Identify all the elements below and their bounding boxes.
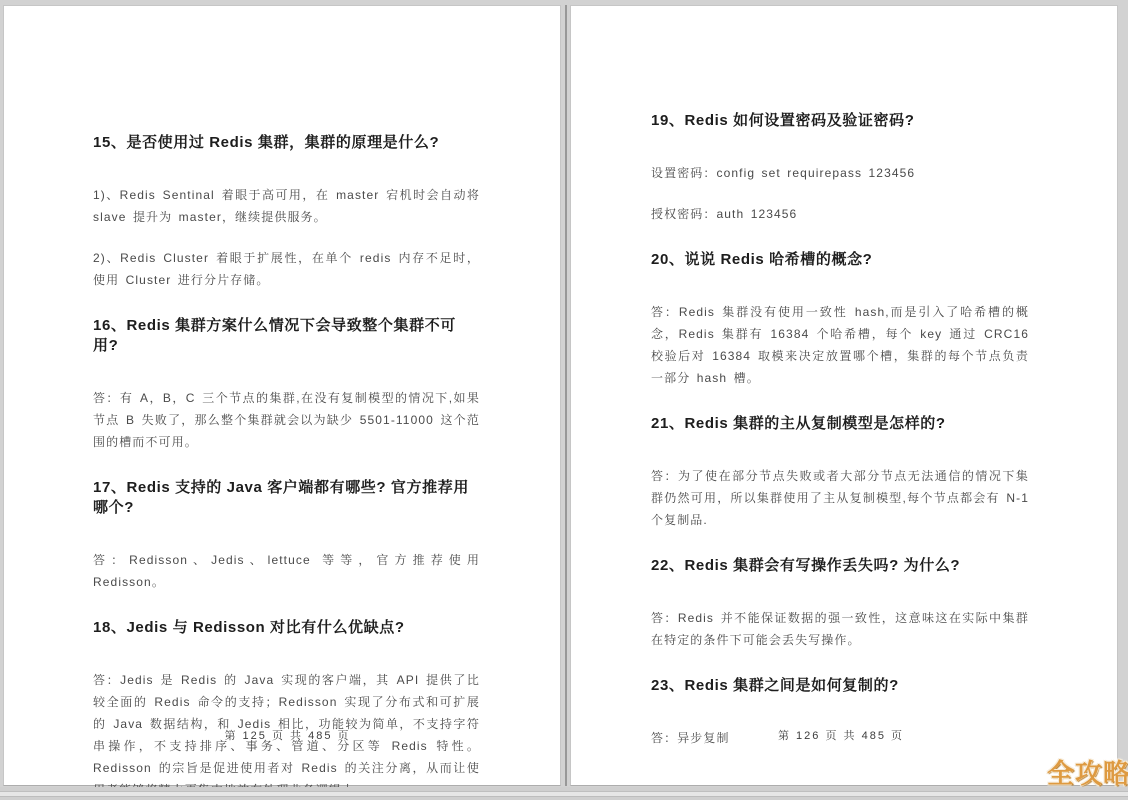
question-heading: 17、Redis 支持的 Java 客户端都有哪些? 官方推荐用哪个? <box>93 478 480 518</box>
page-gap-divider <box>565 5 567 786</box>
page-number-footer: 第 126 页 共 485 页 <box>651 727 1031 743</box>
question-heading: 19、Redis 如何设置密码及验证密码? <box>651 111 1029 131</box>
question-section-18: 18、Jedis 与 Redisson 对比有什么优缺点? 答：Jedis 是 … <box>93 618 480 800</box>
answer-paragraph: 答：Redis 并不能保证数据的强一致性，这意味这在实际中集群在特定的条件下可能… <box>651 607 1029 651</box>
question-section-15: 15、是否使用过 Redis 集群，集群的原理是什么? 1)、Redis Sen… <box>93 133 480 291</box>
answer-paragraph: 设置密码：config set requirepass 123456 <box>651 162 1029 184</box>
question-heading: 22、Redis 集群会有写操作丢失吗? 为什么? <box>651 556 1029 576</box>
answer-paragraph: 答：Redis 集群没有使用一致性 hash,而是引入了哈希槽的概念，Redis… <box>651 301 1029 389</box>
answer-paragraph: 2)、Redis Cluster 着眼于扩展性，在单个 redis 内存不足时，… <box>93 247 480 291</box>
document-spread: 15、是否使用过 Redis 集群，集群的原理是什么? 1)、Redis Sen… <box>0 0 1128 800</box>
bottom-scrollbar-track <box>0 791 1128 797</box>
page-content-right: 19、Redis 如何设置密码及验证密码? 设置密码：config set re… <box>571 6 1117 785</box>
answer-paragraph: 答：有 A，B，C 三个节点的集群,在没有复制模型的情况下,如果节点 B 失败了… <box>93 387 480 453</box>
answer-paragraph: 授权密码：auth 123456 <box>651 203 1029 225</box>
question-section-19: 19、Redis 如何设置密码及验证密码? 设置密码：config set re… <box>651 111 1029 225</box>
question-heading: 15、是否使用过 Redis 集群，集群的原理是什么? <box>93 133 480 153</box>
question-heading: 18、Jedis 与 Redisson 对比有什么优缺点? <box>93 618 480 638</box>
question-section-17: 17、Redis 支持的 Java 客户端都有哪些? 官方推荐用哪个? 答：Re… <box>93 478 480 593</box>
question-heading: 23、Redis 集群之间是如何复制的? <box>651 676 1029 696</box>
question-heading: 20、说说 Redis 哈希槽的概念? <box>651 250 1029 270</box>
question-section-22: 22、Redis 集群会有写操作丢失吗? 为什么? 答：Redis 并不能保证数… <box>651 556 1029 651</box>
document-page-right: 19、Redis 如何设置密码及验证密码? 设置密码：config set re… <box>570 5 1118 786</box>
page-content-left: 15、是否使用过 Redis 集群，集群的原理是什么? 1)、Redis Sen… <box>4 6 560 785</box>
answer-paragraph: 1)、Redis Sentinal 着眼于高可用，在 master 宕机时会自动… <box>93 184 480 228</box>
watermark-text: 全攻略 <box>1047 752 1128 791</box>
question-heading: 21、Redis 集群的主从复制模型是怎样的? <box>651 414 1029 434</box>
answer-paragraph: 答：Redisson、Jedis、lettuce 等等，官方推荐使用 Redis… <box>93 549 480 593</box>
question-section-20: 20、说说 Redis 哈希槽的概念? 答：Redis 集群没有使用一致性 ha… <box>651 250 1029 389</box>
document-page-left: 15、是否使用过 Redis 集群，集群的原理是什么? 1)、Redis Sen… <box>3 5 561 786</box>
answer-paragraph: 答：为了使在部分节点失败或者大部分节点无法通信的情况下集群仍然可用，所以集群使用… <box>651 465 1029 531</box>
question-section-16: 16、Redis 集群方案什么情况下会导致整个集群不可用? 答：有 A，B，C … <box>93 316 480 453</box>
page-number-footer: 第 125 页 共 485 页 <box>93 727 482 743</box>
question-section-21: 21、Redis 集群的主从复制模型是怎样的? 答：为了使在部分节点失败或者大部… <box>651 414 1029 531</box>
bottom-scroll-area <box>0 787 1128 800</box>
question-heading: 16、Redis 集群方案什么情况下会导致整个集群不可用? <box>93 316 480 356</box>
